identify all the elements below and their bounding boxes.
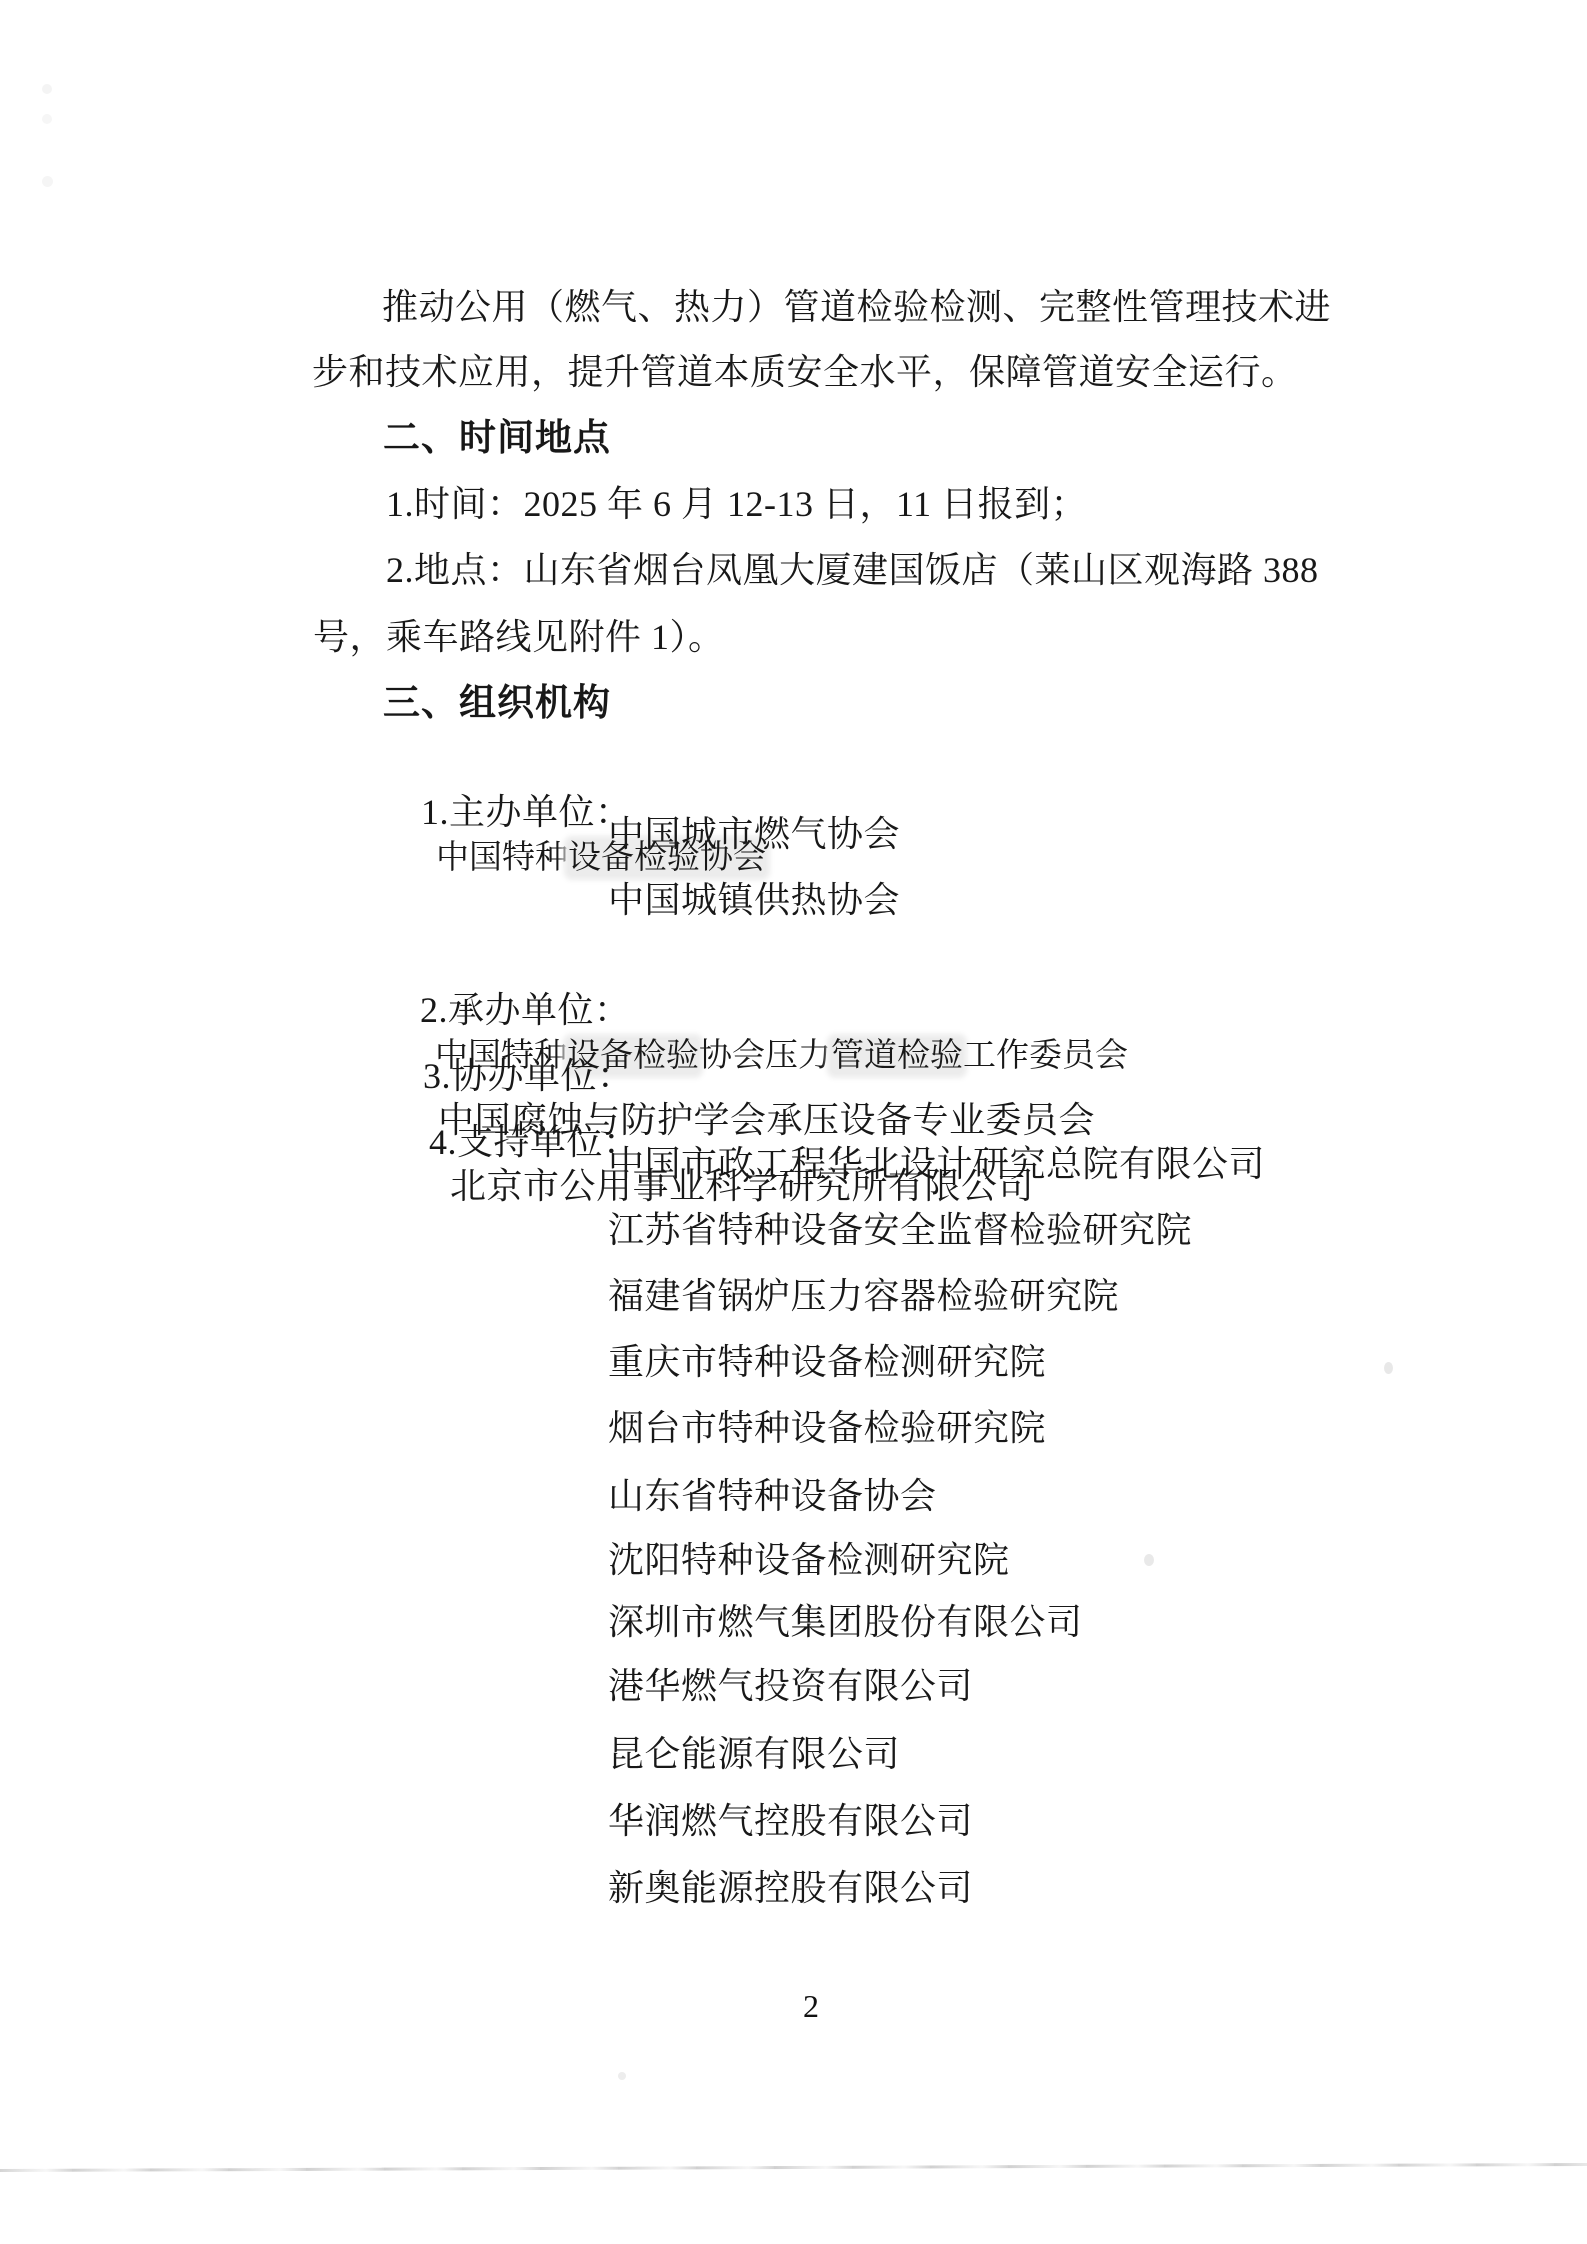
supporter-org-4: 重庆市特种设备检测研究院 [608, 1340, 1046, 1384]
scan-line-artifact [0, 2163, 1587, 2172]
supporter-org-6: 山东省特种设备协会 [608, 1474, 937, 1518]
page-number: 2 [803, 1988, 819, 2025]
scan-speck [42, 176, 53, 187]
scan-speck [1144, 1554, 1154, 1566]
scan-speck [618, 2072, 626, 2080]
host-unit-label: 1.主办单位： [421, 790, 632, 834]
supporter-org-8: 深圳市燃气集团股份有限公司 [608, 1600, 1083, 1644]
document-page: 推动公用（燃气、热力）管道检验检测、完整性管理技术进 步和技术应用，提升管道本质… [0, 0, 1587, 2244]
scan-speck [42, 84, 52, 94]
host-org-2: 中国城市燃气协会 [608, 812, 900, 856]
host-org-1-pre: 中国特种 [436, 840, 568, 876]
supporter-org-7: 沈阳特种设备检测研究院 [608, 1538, 1010, 1582]
supporter-org-10: 昆仑能源有限公司 [608, 1732, 900, 1776]
supporter-org-2: 江苏省特种设备安全监督检验研究院 [608, 1208, 1192, 1252]
host-org-3: 中国城镇供热协会 [608, 878, 900, 922]
intro-paragraph-line-2: 步和技术应用，提升管道本质安全水平，保障管道安全运行。 [312, 350, 1298, 394]
supporter-org-1: 中国市政工程华北设计研究总院有限公司 [608, 1142, 1265, 1186]
supporter-org-11: 华润燃气控股有限公司 [608, 1799, 973, 1843]
supporter-org-5: 烟台市特种设备检验研究院 [608, 1406, 1046, 1450]
supporter-org-9: 港华燃气投资有限公司 [608, 1664, 973, 1708]
supporter-org-3: 福建省锅炉压力容器检验研究院 [608, 1274, 1119, 1318]
scan-speck [1384, 1362, 1393, 1374]
scan-speck [42, 114, 52, 124]
place-item-line-1: 2.地点：山东省烟台凤凰大厦建国饭店（莱山区观海路 388 [386, 548, 1319, 592]
section-heading-time-place: 二、时间地点 [383, 416, 611, 460]
section-heading-organization: 三、组织机构 [383, 681, 611, 725]
place-item-line-2: 号，乘车路线见附件 1）。 [313, 615, 725, 659]
time-item: 1.时间：2025 年 6 月 12-13 日，11 日报到； [386, 482, 1087, 526]
intro-paragraph-line-1: 推动公用（燃气、热力）管道检验检测、完整性管理技术进 [382, 285, 1331, 329]
supporter-org-12: 新奥能源控股有限公司 [608, 1866, 973, 1910]
